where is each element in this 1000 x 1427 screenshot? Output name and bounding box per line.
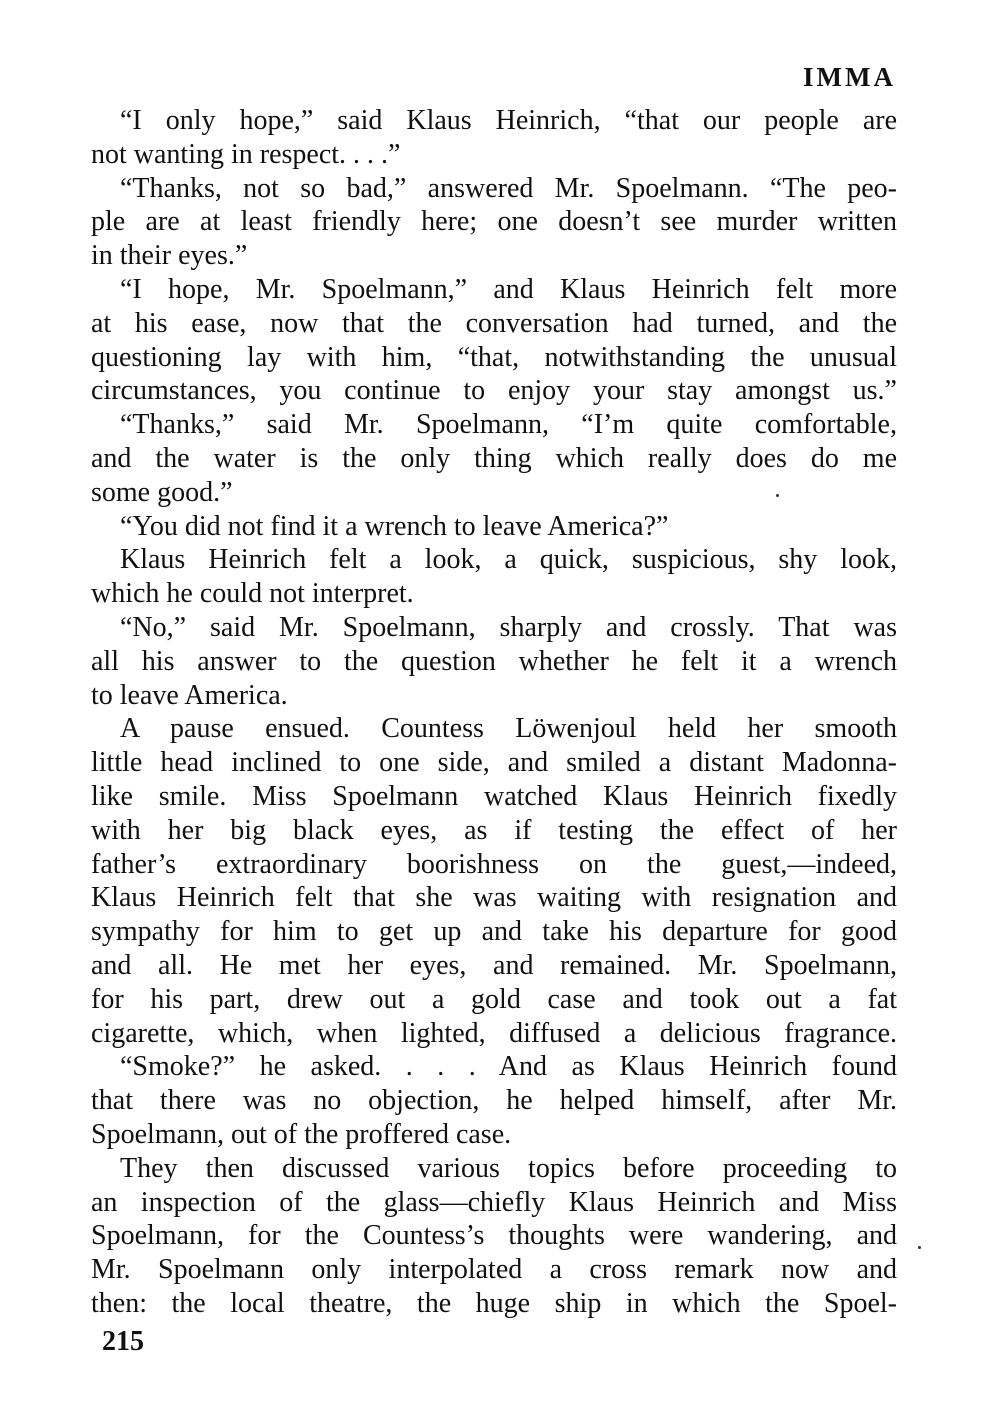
text-line: Klaus Heinrich felt that she was waiting…: [91, 881, 897, 915]
text-line: “Thanks,” said Mr. Spoelmann, “I’m quite…: [91, 408, 897, 442]
text-line: “You did not find it a wrench to leave A…: [91, 510, 897, 544]
text-line: at his ease, now that the conversation h…: [91, 307, 897, 341]
text-line: Spoelmann, out of the proffered case.: [91, 1118, 897, 1152]
text-line: and the water is the only thing which re…: [91, 442, 897, 476]
text-line: with her big black eyes, as if testing t…: [91, 814, 897, 848]
text-line: all his answer to the question whether h…: [91, 645, 897, 679]
text-line: “Thanks, not so bad,” answered Mr. Spoel…: [91, 172, 897, 206]
print-speck: [918, 1246, 921, 1249]
text-line: A pause ensued. Countess Löwenjoul held …: [91, 712, 897, 746]
text-line: and all. He met her eyes, and remained. …: [91, 949, 897, 983]
book-page: IMMA “I only hope,” said Klaus Heinrich,…: [0, 0, 1000, 1427]
text-line: “I only hope,” said Klaus Heinrich, “tha…: [91, 104, 897, 138]
text-line: They then discussed various topics befor…: [91, 1152, 897, 1186]
text-line: sympathy for him to get up and take his …: [91, 915, 897, 949]
text-line: like smile. Miss Spoelmann watched Klaus…: [91, 780, 897, 814]
text-line: father’s extraordinary boorishness on th…: [91, 848, 897, 882]
text-line: for his part, drew out a gold case and t…: [91, 983, 897, 1017]
text-line: cigarette, which, when lighted, diffused…: [91, 1017, 897, 1051]
running-head: IMMA: [803, 62, 896, 93]
text-line: “No,” said Mr. Spoelmann, sharply and cr…: [91, 611, 897, 645]
text-line: an inspection of the glass—chiefly Klaus…: [91, 1186, 897, 1220]
text-line: circumstances, you continue to enjoy you…: [91, 374, 897, 408]
text-line: in their eyes.”: [91, 239, 897, 273]
text-line: “I hope, Mr. Spoelmann,” and Klaus Heinr…: [91, 273, 897, 307]
page-number: 215: [102, 1326, 144, 1358]
text-line: that there was no objection, he helped h…: [91, 1084, 897, 1118]
print-speck: [776, 494, 779, 497]
text-line: Spoelmann, for the Countess’s thoughts w…: [91, 1219, 897, 1253]
text-line: “Smoke?” he asked. . . . And as Klaus He…: [91, 1050, 897, 1084]
text-line: then: the local theatre, the huge ship i…: [91, 1287, 897, 1321]
text-line: Mr. Spoelmann only interpolated a cross …: [91, 1253, 897, 1287]
body-text: “I only hope,” said Klaus Heinrich, “tha…: [91, 104, 897, 1321]
text-line: questioning lay with him, “that, notwith…: [91, 341, 897, 375]
text-line: to leave America.: [91, 679, 897, 713]
text-line: little head inclined to one side, and sm…: [91, 746, 897, 780]
text-line: not wanting in respect. . . .”: [91, 138, 897, 172]
text-line: ple are at least friendly here; one does…: [91, 205, 897, 239]
text-line: which he could not interpret.: [91, 577, 897, 611]
text-line: Klaus Heinrich felt a look, a quick, sus…: [91, 543, 897, 577]
text-line: some good.”: [91, 476, 897, 510]
